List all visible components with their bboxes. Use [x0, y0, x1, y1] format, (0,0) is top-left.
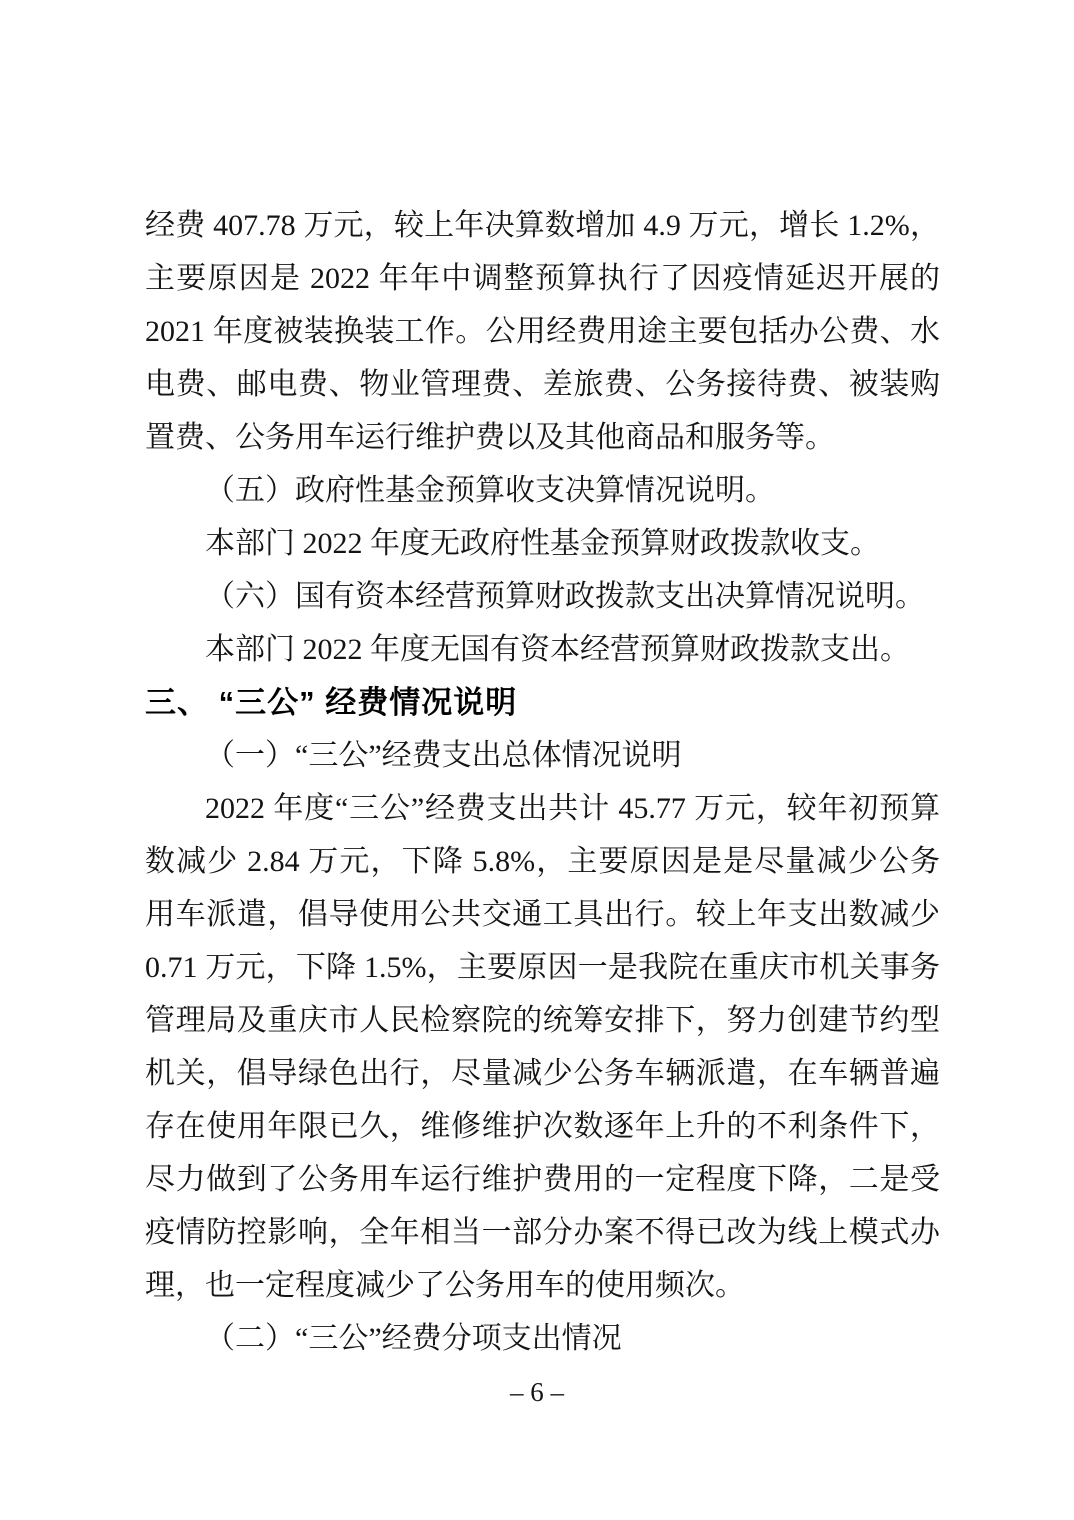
paragraph-item6-title: （六）国有资本经营预算财政拨款支出决算情况说明。 [145, 570, 940, 623]
paragraph-sub1-body: 2022 年度“三公”经费支出共计 45.77 万元，较年初预算数减少 2.84… [145, 782, 940, 1312]
document-body: 经费 407.78 万元，较上年决算数增加 4.9 万元，增长 1.2%，主要原… [145, 199, 940, 1365]
paragraph-item5-title: （五）政府性基金预算收支决算情况说明。 [145, 464, 940, 517]
paragraph-item6-body: 本部门 2022 年度无国有资本经营预算财政拨款支出。 [145, 623, 940, 676]
page-number: – 6 – [0, 1370, 1074, 1414]
section-heading-three-public-funds: 三、 “三公” 经费情况说明 [145, 676, 940, 729]
document-page: 经费 407.78 万元，较上年决算数增加 4.9 万元，增长 1.2%，主要原… [0, 0, 1074, 1520]
paragraph-sub1-title: （一）“三公”经费支出总体情况说明 [145, 729, 940, 782]
paragraph-item5-body: 本部门 2022 年度无政府性基金预算财政拨款收支。 [145, 517, 940, 570]
paragraph-public-expense-continuation: 经费 407.78 万元，较上年决算数增加 4.9 万元，增长 1.2%，主要原… [145, 199, 940, 464]
paragraph-sub2-title: （二）“三公”经费分项支出情况 [145, 1312, 940, 1365]
